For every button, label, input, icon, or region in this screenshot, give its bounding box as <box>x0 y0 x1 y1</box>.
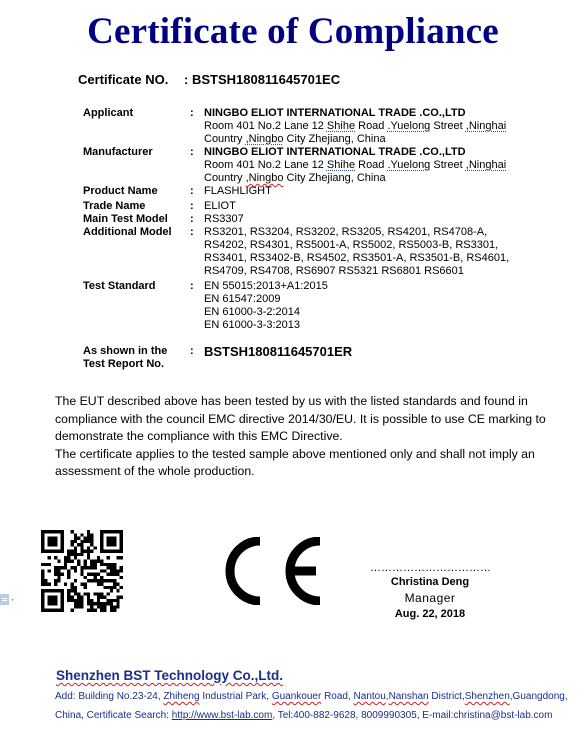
test-report-label-line1: As shown in the <box>83 345 167 357</box>
colon: : <box>190 213 204 226</box>
colon: : <box>190 280 204 332</box>
applicant-label: Applicant <box>83 107 190 146</box>
certificate-fields: Applicant : NINGBO ELIOT INTERNATIONAL T… <box>83 107 553 371</box>
statement-paragraph: The certificate applies to the tested sa… <box>55 446 565 481</box>
trade-name-value: ELIOT <box>204 200 553 213</box>
colon: : <box>190 185 204 198</box>
field-additional-model: Additional Model : RS3201, RS3204, RS320… <box>83 226 553 278</box>
field-manufacturer: Manufacturer : NINGBO ELIOT INTERNATIONA… <box>83 146 553 185</box>
certificate-search-link[interactable]: http://www.bst-lab.com <box>172 710 273 721</box>
test-standard-label: Test Standard <box>83 280 190 332</box>
field-applicant: Applicant : NINGBO ELIOT INTERNATIONAL T… <box>83 107 553 146</box>
certificate-number: Certificate NO.: BSTSH180811645701EC <box>78 72 340 87</box>
manufacturer-address-line1: Room 401 No.2 Lane 12 Shihe Road .Yuelon… <box>204 159 553 172</box>
signature-date: Aug. 22, 2018 <box>370 606 490 622</box>
field-test-report: As shown in the Test Report No. : BSTSH1… <box>83 345 553 371</box>
ce-mark-icon <box>214 537 326 605</box>
issuer-company: Shenzhen BST Technology Co.,Ltd. <box>56 668 586 683</box>
test-report-label-line2: Test Report No. <box>83 358 164 370</box>
test-standard-line: EN 61547:2009 <box>204 293 553 306</box>
signature-line: ……………………………… <box>370 560 490 574</box>
colon: : <box>190 345 204 371</box>
signature-block: ……………………………… Christina Deng Manager Aug.… <box>370 560 490 622</box>
product-name-value: FLASHLIGHT <box>204 185 553 198</box>
test-standard-line: EN 55015:2013+A1:2015 <box>204 280 553 293</box>
applicant-name: NINGBO ELIOT INTERNATIONAL TRADE .CO.,LT… <box>204 107 553 120</box>
main-test-model-value: RS3307 <box>204 213 553 226</box>
certificate-number-label: Certificate NO. <box>78 72 184 87</box>
colon: : <box>190 146 204 185</box>
field-product-name: Product Name : FLASHLIGHT <box>83 185 553 198</box>
field-test-standard: Test Standard : EN 55015:2013+A1:2015 EN… <box>83 280 553 332</box>
footer: Shenzhen BST Technology Co.,Ltd. Add: Bu… <box>56 668 586 725</box>
colon: : <box>190 200 204 213</box>
additional-model-line: RS4709, RS4708, RS6907 RS5321 RS6801 RS6… <box>204 265 553 278</box>
qr-code-icon <box>41 530 123 612</box>
additional-model-line: RS4202, RS4301, RS5001-A, RS5002, RS5003… <box>204 239 553 252</box>
main-test-model-label: Main Test Model <box>83 213 190 226</box>
field-main-test-model: Main Test Model : RS3307 <box>83 213 553 226</box>
signatory-name: Christina Deng <box>370 574 490 590</box>
manufacturer-address-line2: Country ,Ningbo City Zhejiang, China <box>204 172 553 185</box>
paste-options-icon[interactable] <box>0 592 14 608</box>
additional-model-line: RS3201, RS3204, RS3202, RS3205, RS4201, … <box>204 226 553 239</box>
applicant-address-line1: Room 401 No.2 Lane 12 Shihe Road .Yuelon… <box>204 120 553 133</box>
additional-model-line: RS3401, RS3402-B, RS4502, RS3501-A, RS35… <box>204 252 553 265</box>
additional-model-label: Additional Model <box>83 226 190 278</box>
test-standard-line: EN 61000-3-2:2014 <box>204 306 553 319</box>
manufacturer-label: Manufacturer <box>83 146 190 185</box>
colon: : <box>190 226 204 278</box>
signatory-title: Manager <box>370 590 490 606</box>
test-standard-line: EN 61000-3-3:2013 <box>204 319 553 332</box>
test-report-value: BSTSH180811645701ER <box>204 345 553 371</box>
applicant-address-line2: Country ,Ningbo City Zhejiang, China <box>204 133 553 146</box>
issuer-address: Add: Building No.23-24, Zhiheng Industri… <box>55 687 586 725</box>
product-name-label: Product Name <box>83 185 190 198</box>
certificate-number-value: : BSTSH180811645701EC <box>184 72 340 87</box>
trade-name-label: Trade Name <box>83 200 190 213</box>
statement-paragraph: The EUT described above has been tested … <box>55 393 565 446</box>
certificate-title: Certificate of Compliance <box>0 10 586 53</box>
manufacturer-name: NINGBO ELIOT INTERNATIONAL TRADE .CO.,LT… <box>204 146 553 159</box>
compliance-statement: The EUT described above has been tested … <box>55 393 565 481</box>
colon: : <box>190 107 204 146</box>
field-trade-name: Trade Name : ELIOT <box>83 200 553 213</box>
